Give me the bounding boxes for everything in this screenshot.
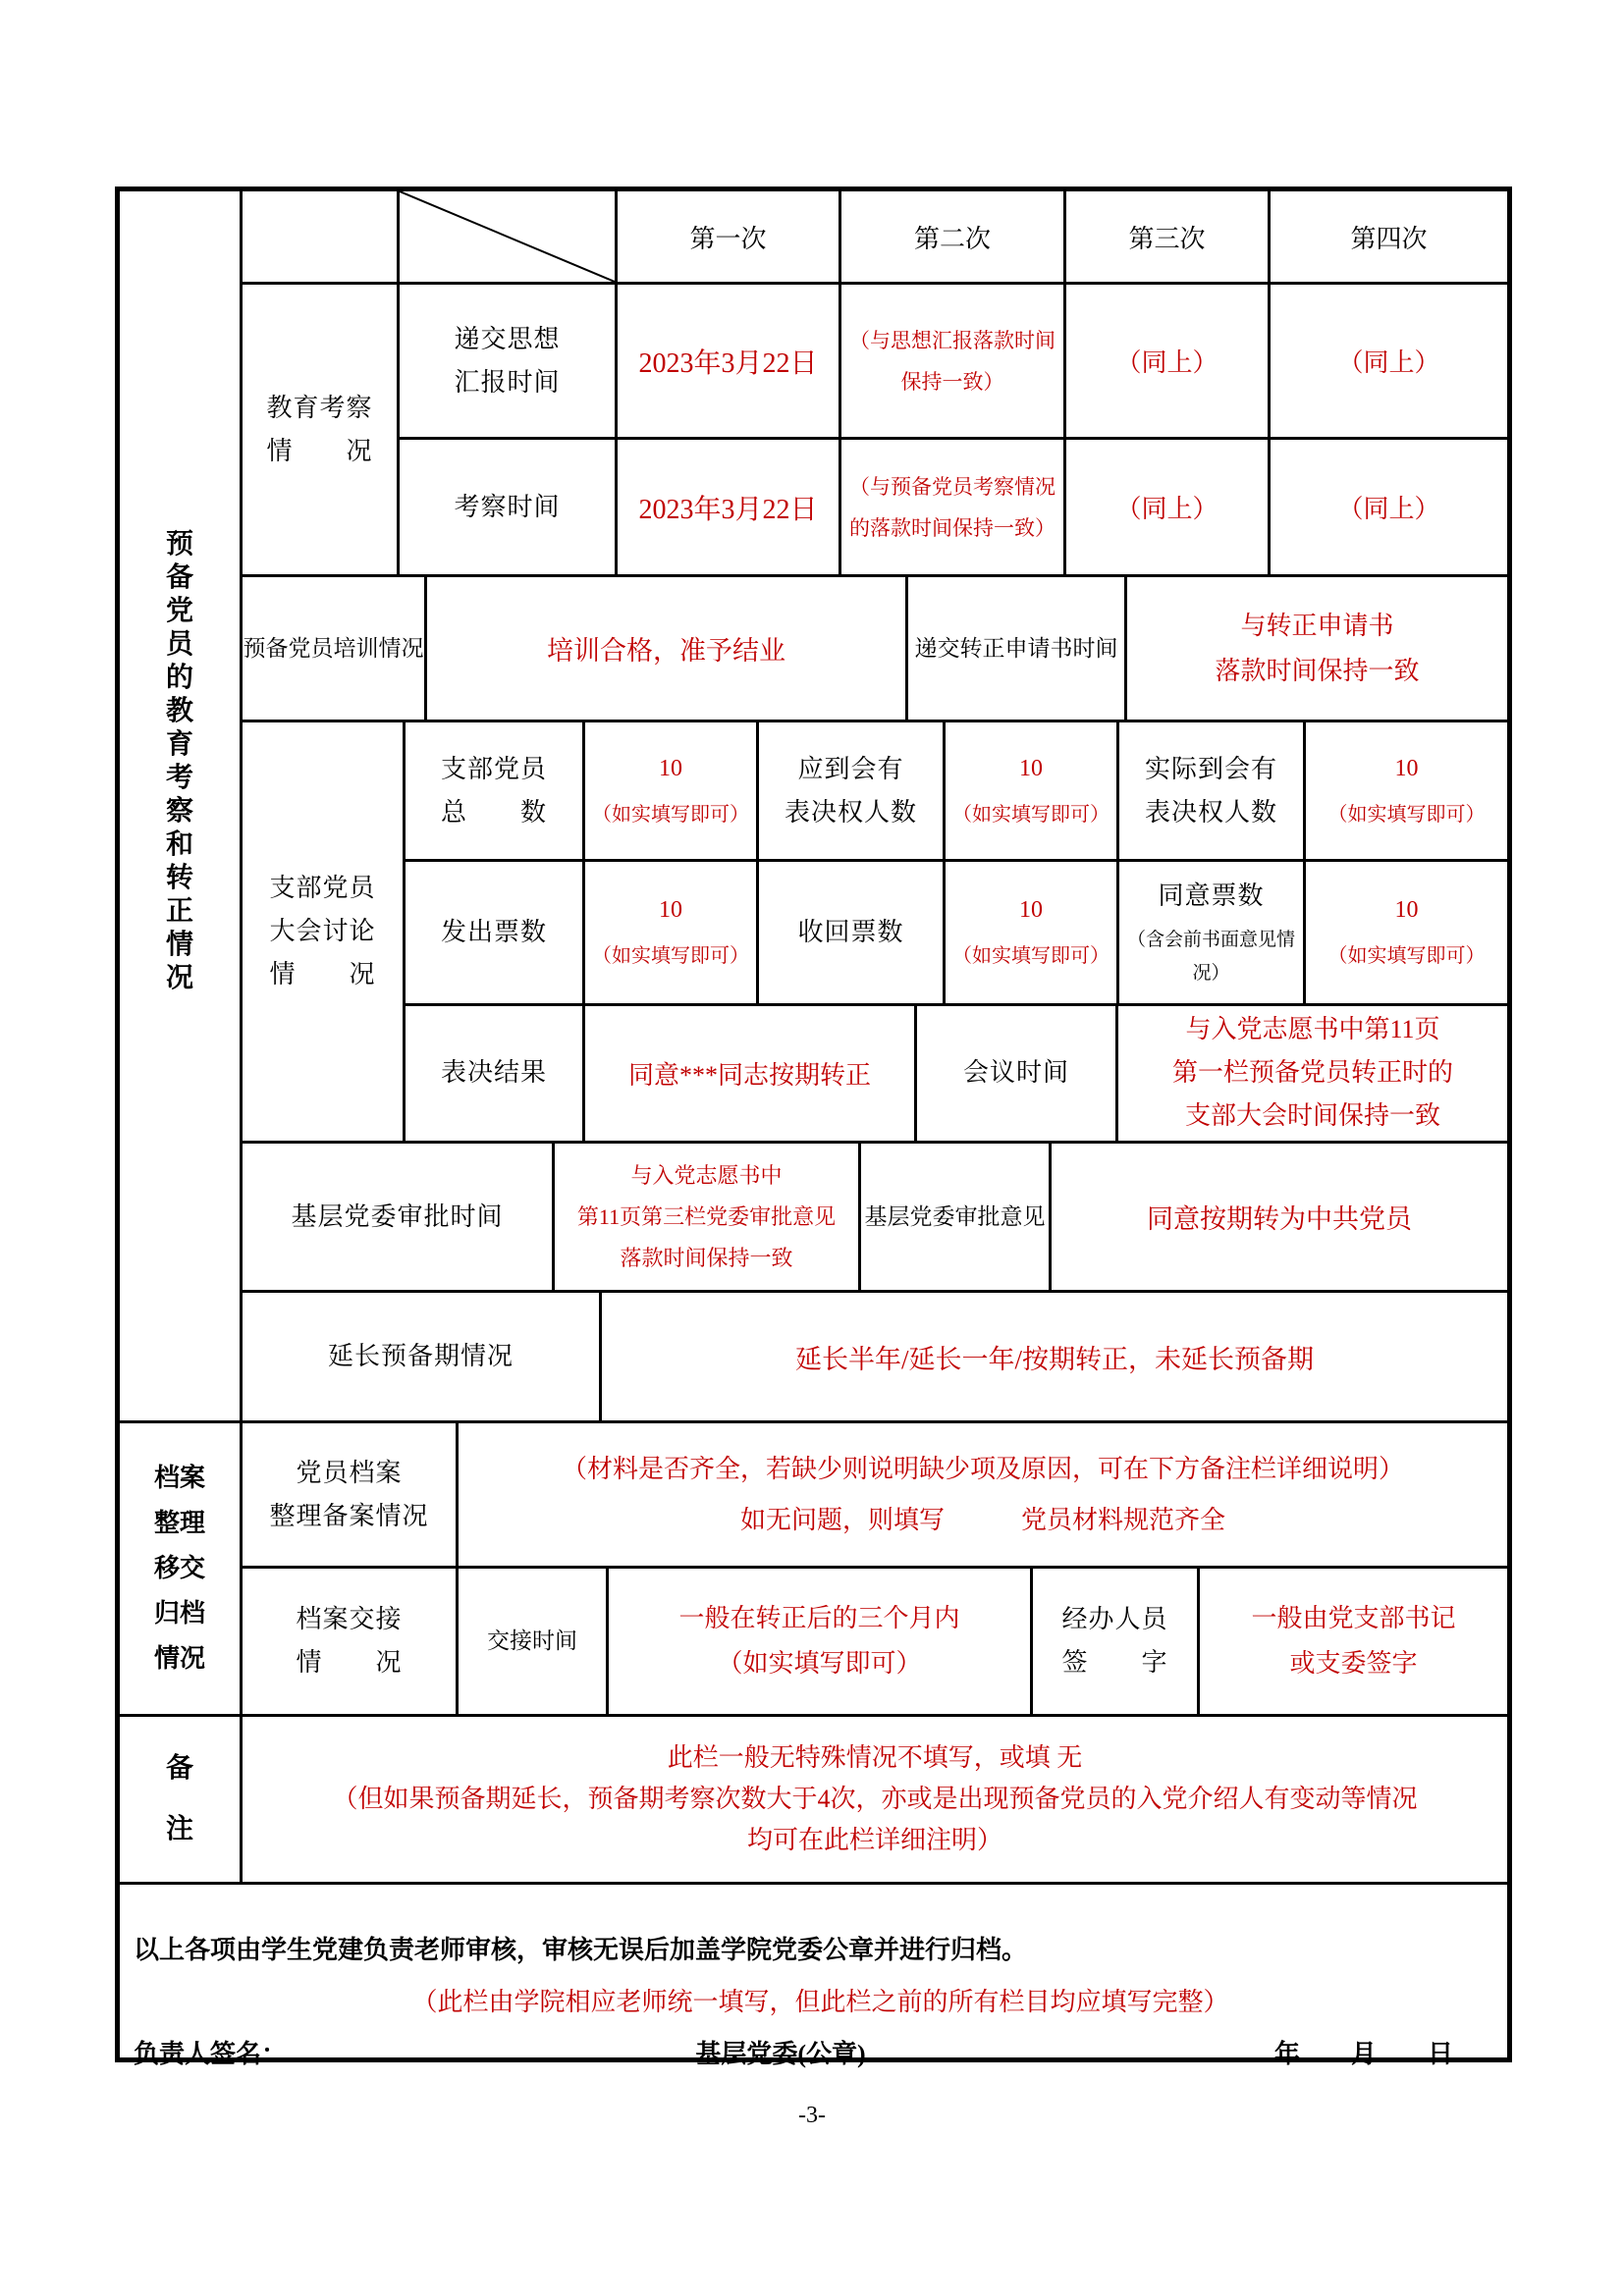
handover-time-value: 一般在转正后的三个月内 （如实填写即可） [609, 1569, 1033, 1714]
date-label: 年 月 日 [1274, 2034, 1453, 2070]
section1-body: 第一次 第二次 第三次 第四次 教育考察 情 况 递交思想 汇报时间 2023年… [243, 191, 1507, 1420]
header-col-1: 第一次 [618, 191, 841, 282]
total-members-note: （如实填写即可） [592, 798, 749, 827]
page: { "colors": { "accent_red": "#c00000", "… [0, 0, 1624, 2296]
transfer-application-label: 递交转正申请书时间 [908, 577, 1127, 720]
committee-opinion-value: 同意按期转为中共党员 [1052, 1144, 1507, 1290]
committee-approval-row: 基层党委审批时间 与入党志愿书中 第11页第三栏党委审批意见 落款时间保持一致 … [243, 1144, 1507, 1293]
vote-result-value: 同意***同志按期转正 [585, 1006, 917, 1141]
edu-group-body: 递交思想 汇报时间 2023年3月22日 （与思想汇报落款时间 保持一致） （同… [400, 285, 1507, 574]
meeting-time-label: 会议时间 [917, 1006, 1118, 1141]
transfer-application-note: 与转正申请书 落款时间保持一致 [1127, 577, 1507, 720]
agree-votes-label-cell: 同意票数 （含会前书面意见情况） [1119, 862, 1306, 1003]
thought-report-time-2: （与思想汇报落款时间 保持一致） [841, 285, 1066, 437]
vote-result-label: 表决结果 [406, 1006, 585, 1141]
vote-result-row: 表决结果 同意***同志按期转正 会议时间 与入党志愿书中第11页 第一栏预备党… [406, 1006, 1507, 1141]
ballots-issued-value: 10 [659, 897, 682, 924]
handover-agent-label: 经办人员 签 字 [1033, 1569, 1200, 1714]
extension-value: 延长半年/延长一年/按期转正，未延长预备期 [602, 1293, 1507, 1420]
training-label: 预备党员培训情况 [243, 577, 427, 720]
footer-red-note: （此栏由学院相应老师统一填写，但此栏之前的所有栏目均应填写完整） [134, 1982, 1507, 2018]
agree-votes-sublabel: （含会前书面意见情况） [1119, 924, 1303, 990]
header-row: 第一次 第二次 第三次 第四次 [243, 191, 1507, 285]
actual-voters-value-cell: 10 （如实填写即可） [1306, 722, 1507, 859]
signer-label: 负责人签名： [134, 2034, 287, 2070]
branch-meeting-group-label: 支部党员 大会讨论 情 况 [243, 722, 406, 1141]
thought-report-time-3: （同上） [1066, 285, 1271, 437]
inspection-time-1: 2023年3月22日 [618, 440, 841, 574]
side-header-archive: 档案 整理 移交 归档 情况 [120, 1423, 243, 1714]
actual-voters-label: 实际到会有 表决权人数 [1119, 722, 1306, 859]
ballot-counts-row: 发出票数 10 （如实填写即可） 收回票数 10 （如实填写即可） 同意票数 [406, 862, 1507, 1006]
ballots-returned-label: 收回票数 [759, 862, 946, 1003]
handover-label: 档案交接 情 况 [243, 1569, 459, 1714]
ballots-issued-label: 发出票数 [406, 862, 585, 1003]
org-seal-label: 基层党委(公章) [695, 2034, 865, 2070]
inspection-time-3: （同上） [1066, 440, 1271, 574]
expected-voters-value-cell: 10 （如实填写即可） [946, 722, 1119, 859]
branch-meeting-body: 支部党员 总 数 10 （如实填写即可） 应到会有 表决权人数 10 （如实填写… [406, 722, 1507, 1141]
total-members-label: 支部党员 总 数 [406, 722, 585, 859]
header-col-2: 第二次 [841, 191, 1066, 282]
member-counts-row: 支部党员 总 数 10 （如实填写即可） 应到会有 表决权人数 10 （如实填写… [406, 722, 1507, 862]
extension-row: 延长预备期情况 延长半年/延长一年/按期转正，未延长预备期 [243, 1293, 1507, 1420]
side-header-remarks: 备 注 [120, 1717, 243, 1882]
footer-signature-row: 负责人签名： 基层党委(公章) 年 月 日 [134, 2034, 1507, 2070]
edu-group-label: 教育考察 情 况 [243, 285, 400, 574]
ballots-returned-value-cell: 10 （如实填写即可） [946, 862, 1119, 1003]
form-table: 预 备 党 员 的 教 育 考 察 和 转 正 情 况 第一次 第二次 第三次 … [115, 187, 1512, 2062]
total-members-value-cell: 10 （如实填写即可） [585, 722, 759, 859]
committee-time-label: 基层党委审批时间 [243, 1144, 555, 1290]
handover-agent-value: 一般由党支部书记 或支委签字 [1200, 1569, 1507, 1714]
ballots-issued-value-cell: 10 （如实填写即可） [585, 862, 759, 1003]
inspection-time-label: 考察时间 [400, 440, 618, 574]
side-header-probation: 预 备 党 员 的 教 育 考 察 和 转 正 情 况 [120, 191, 243, 1420]
extension-label: 延长预备期情况 [243, 1293, 602, 1420]
archive-filing-label: 党员档案 整理备案情况 [243, 1423, 459, 1566]
total-members-value: 10 [659, 756, 682, 782]
agree-votes-value-cell: 10 （如实填写即可） [1306, 862, 1507, 1003]
header-empty-cell [243, 191, 400, 282]
committee-opinion-label: 基层党委审批意见 [861, 1144, 1052, 1290]
ballots-returned-value: 10 [1019, 897, 1043, 924]
section3-body: 此栏一般无特殊情况不填写，或填 无 （但如果预备期延长，预备期考察次数大于4次，… [243, 1717, 1507, 1882]
remarks-row: 此栏一般无特殊情况不填写，或填 无 （但如果预备期延长，预备期考察次数大于4次，… [243, 1717, 1507, 1882]
section-archive: 档案 整理 移交 归档 情况 党员档案 整理备案情况 （材料是否齐全，若缺少则说… [120, 1423, 1507, 1717]
training-row: 预备党员培训情况 培训合格，准予结业 递交转正申请书时间 与转正申请书 落款时间… [243, 577, 1507, 722]
actual-voters-note: （如实填写即可） [1328, 798, 1486, 827]
archive-filing-row: 党员档案 整理备案情况 （材料是否齐全，若缺少则说明缺少项及原因，可在下方备注栏… [243, 1423, 1507, 1569]
archive-handover-row: 档案交接 情 况 交接时间 一般在转正后的三个月内 （如实填写即可） 经办人员 … [243, 1569, 1507, 1714]
footer-section: 以上各项由学生党建负责老师审核，审核无误后加盖学院党委公章并进行归档。 （此栏由… [120, 1885, 1507, 2057]
thought-report-row: 递交思想 汇报时间 2023年3月22日 （与思想汇报落款时间 保持一致） （同… [400, 285, 1507, 440]
ballots-returned-note: （如实填写即可） [952, 939, 1110, 968]
handover-time-label: 交接时间 [459, 1569, 609, 1714]
section-education-transfer: 预 备 党 员 的 教 育 考 察 和 转 正 情 况 第一次 第二次 第三次 … [120, 191, 1507, 1423]
actual-voters-value: 10 [1395, 756, 1419, 782]
inspection-time-row: 考察时间 2023年3月22日 （与预备党员考察情况 的落款时间保持一致） （同… [400, 440, 1507, 574]
expected-voters-label: 应到会有 表决权人数 [759, 722, 946, 859]
header-diagonal-cell [400, 191, 618, 282]
diagonal-line-icon [400, 191, 615, 282]
section2-body: 党员档案 整理备案情况 （材料是否齐全，若缺少则说明缺少项及原因，可在下方备注栏… [243, 1423, 1507, 1714]
page-number: -3- [0, 2103, 1624, 2129]
inspection-time-4: （同上） [1271, 440, 1507, 574]
remarks-content: 此栏一般无特殊情况不填写，或填 无 （但如果预备期延长，预备期考察次数大于4次，… [243, 1717, 1507, 1882]
header-col-4: 第四次 [1271, 191, 1507, 282]
thought-report-time-1: 2023年3月22日 [618, 285, 841, 437]
education-inspection-group: 教育考察 情 况 递交思想 汇报时间 2023年3月22日 （与思想汇报落款时间… [243, 285, 1507, 577]
agree-votes-note: （如实填写即可） [1328, 939, 1486, 968]
footer-instruction: 以上各项由学生党建负责老师审核，审核无误后加盖学院党委公章并进行归档。 [134, 1930, 1507, 1966]
meeting-time-note: 与入党志愿书中第11页 第一栏预备党员转正时的 支部大会时间保持一致 [1118, 1006, 1507, 1141]
header-col-3: 第三次 [1066, 191, 1271, 282]
training-result: 培训合格，准予结业 [427, 577, 908, 720]
thought-report-time-4: （同上） [1271, 285, 1507, 437]
expected-voters-value: 10 [1019, 756, 1043, 782]
committee-time-note: 与入党志愿书中 第11页第三栏党委审批意见 落款时间保持一致 [555, 1144, 861, 1290]
expected-voters-note: （如实填写即可） [952, 798, 1110, 827]
branch-meeting-group: 支部党员 大会讨论 情 况 支部党员 总 数 10 （如实填写即可） 应到会有 … [243, 722, 1507, 1144]
archive-filing-value: （材料是否齐全，若缺少则说明缺少项及原因，可在下方备注栏详细说明） 如无问题，则… [459, 1423, 1507, 1566]
ballots-issued-note: （如实填写即可） [592, 939, 749, 968]
section-remarks: 备 注 此栏一般无特殊情况不填写，或填 无 （但如果预备期延长，预备期考察次数大… [120, 1717, 1507, 1885]
agree-votes-label: 同意票数 [1158, 875, 1264, 918]
inspection-time-2: （与预备党员考察情况 的落款时间保持一致） [841, 440, 1066, 574]
agree-votes-value: 10 [1395, 897, 1419, 924]
thought-report-label: 递交思想 汇报时间 [400, 285, 618, 437]
